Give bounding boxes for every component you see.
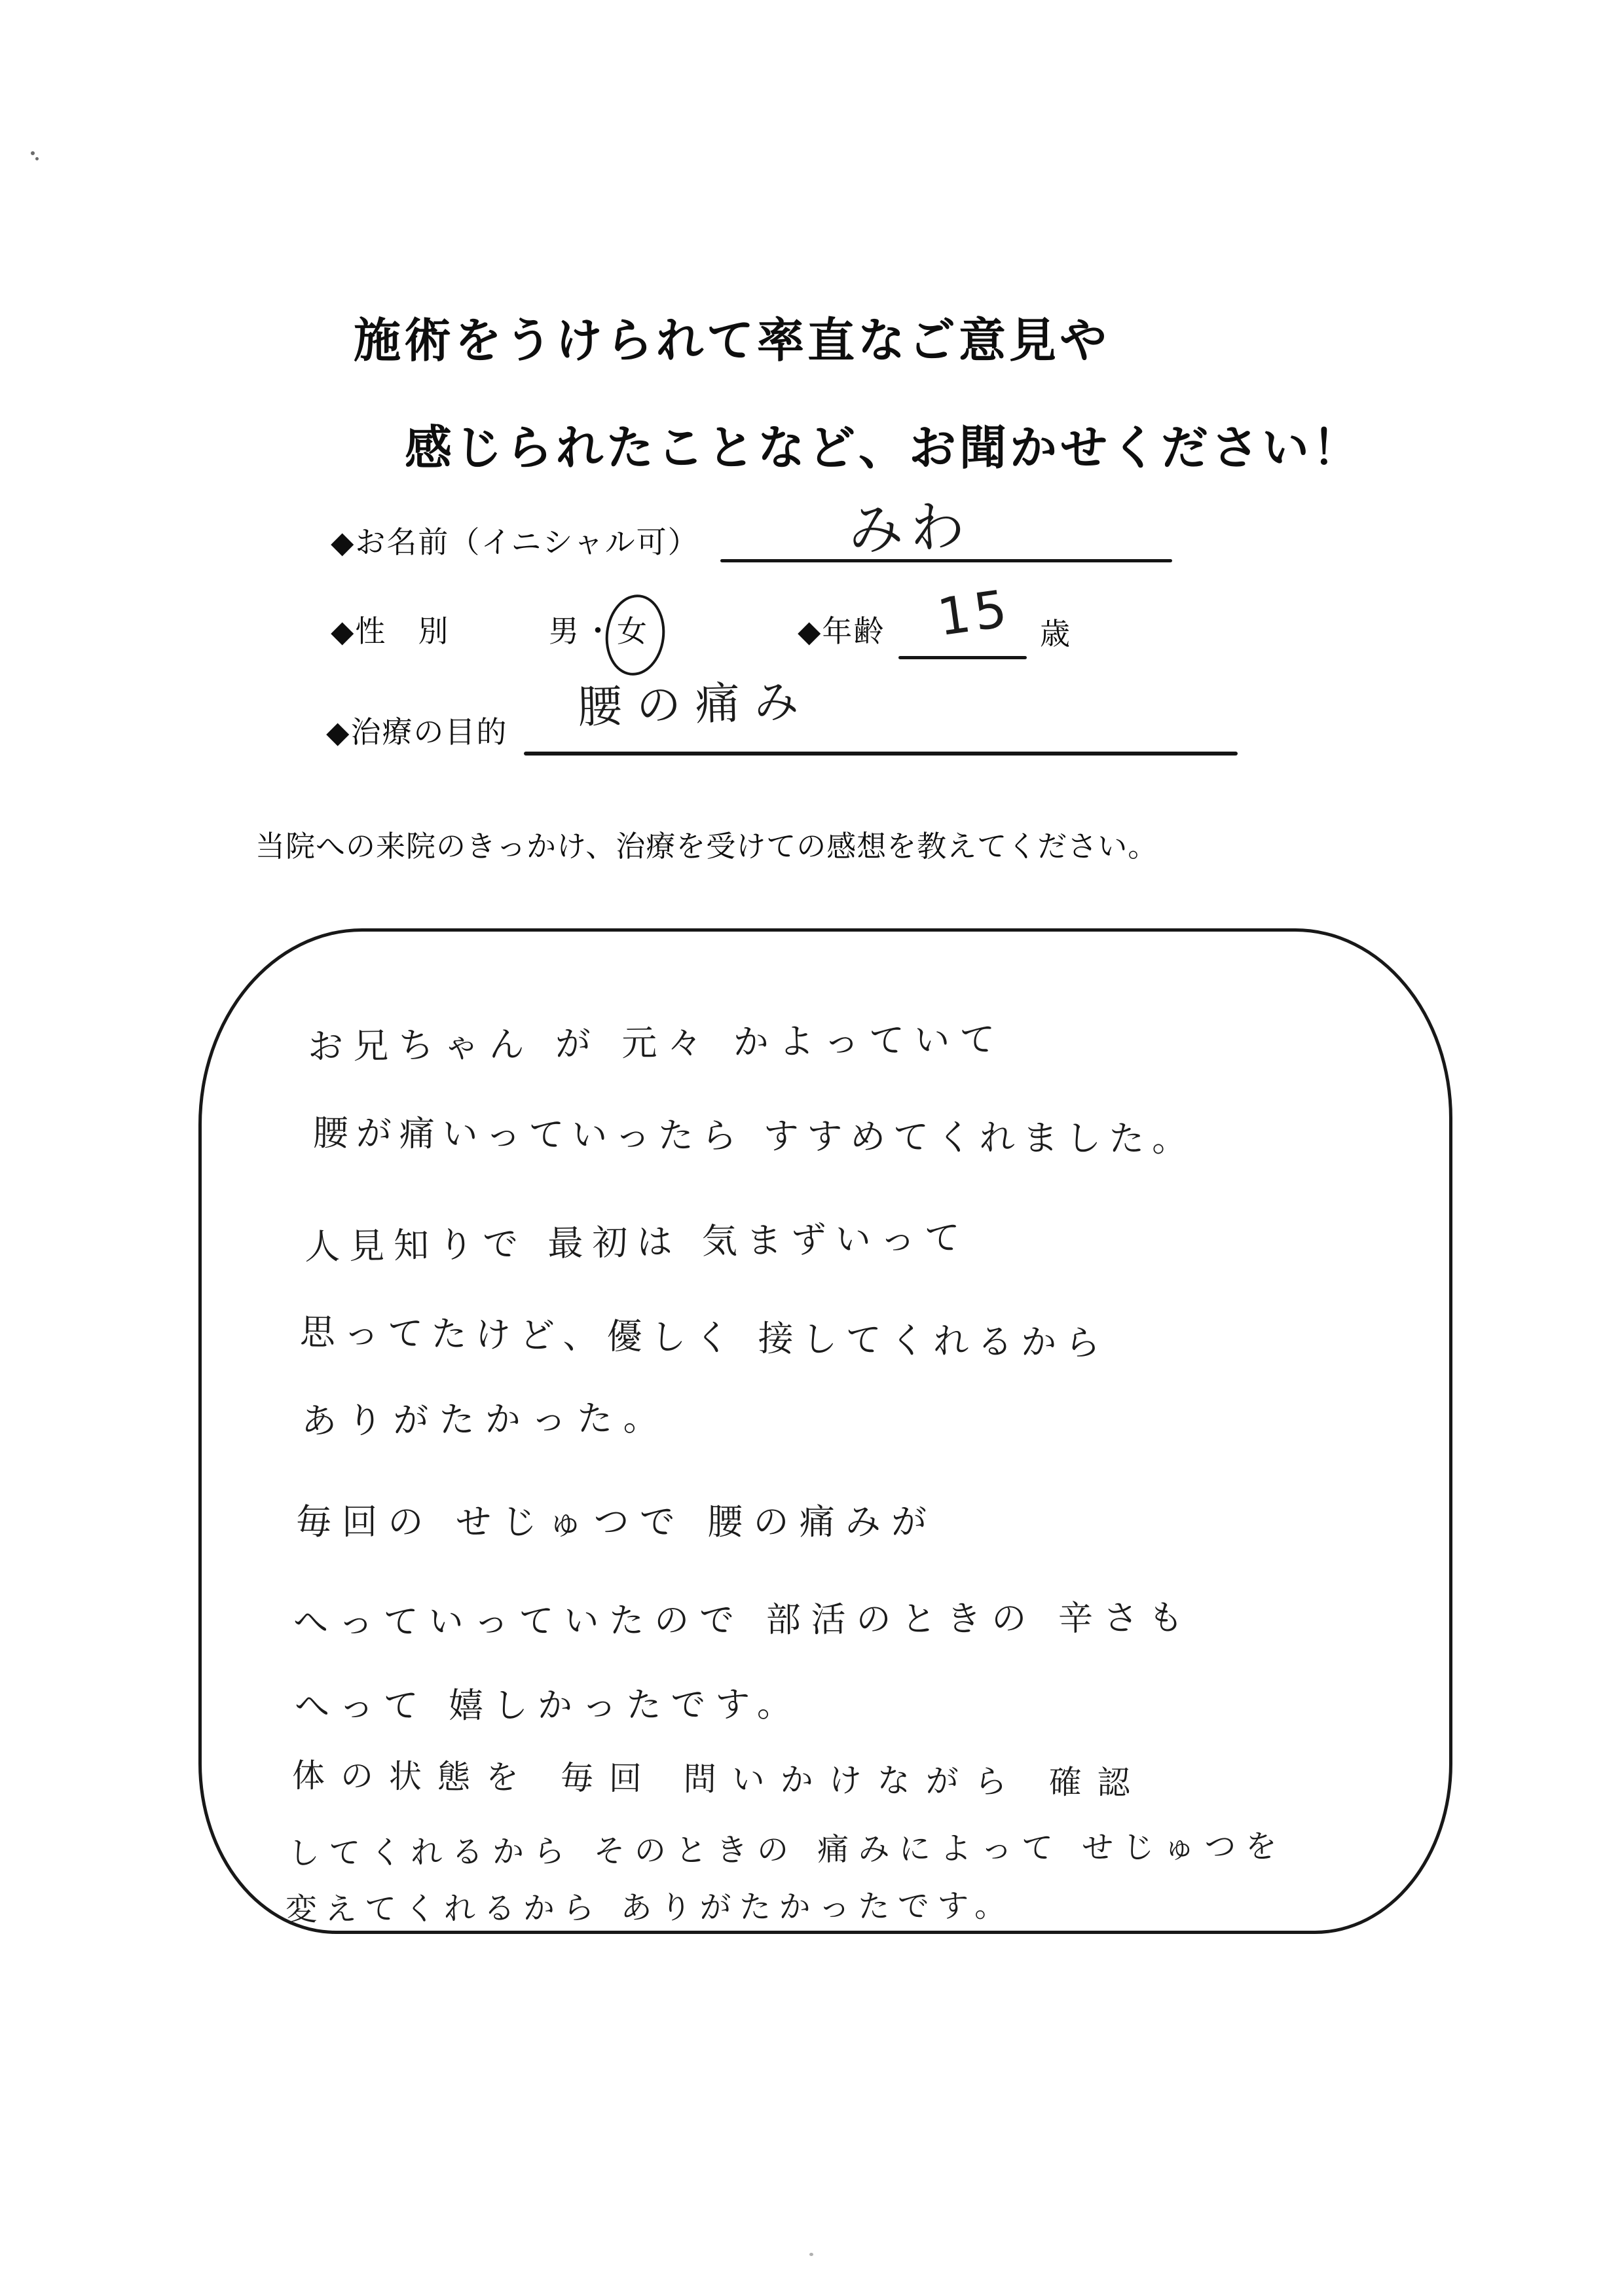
name-underline [720, 559, 1172, 562]
feedback-line: 変えてくれるから ありがたかったです。 [286, 1880, 1014, 1929]
age-underline [898, 656, 1027, 659]
female-circle-mark [601, 591, 669, 679]
gender-field-label: ◆性 別 [331, 608, 449, 651]
gender-option-male: 男 [549, 615, 583, 648]
gender-option-female: 女 [617, 608, 651, 651]
age-field-value: 15 [934, 579, 1014, 648]
page-title-line2: 感じられたことなど、お聞かせください！ [405, 410, 1363, 478]
purpose-field-label: ◆治療の目的 [326, 708, 507, 752]
age-unit-label: 歳 [1040, 610, 1071, 653]
feedback-line: 腰が痛いっていったら すすめてくれました。 [313, 1105, 1196, 1161]
name-field-label: ◆お名前（イニシャル可） [331, 519, 699, 562]
feedback-line: お兄ちゃん が 元々 かよっていて [308, 1011, 1005, 1069]
feedback-line: ありがたかった。 [301, 1390, 669, 1444]
feedback-line: へって 嬉しかったです。 [295, 1677, 802, 1728]
scan-speck [31, 151, 35, 155]
scan-speck [35, 157, 39, 160]
questionnaire-page: { "header": { "title_line1": "施術をうけられて率直… [0, 0, 1624, 2296]
feedback-line: 人見知りで 最初は 気まずいって [304, 1210, 969, 1269]
gender-options: 男・女 [549, 608, 651, 651]
purpose-field-value: 腰の痛み [577, 666, 813, 735]
page-title-line1: 施術をうけられて率直なご意見や [354, 302, 1110, 371]
age-field-label: ◆年齢 [798, 608, 885, 651]
feedback-line: へっていっていたので 部活のときの 辛さも [293, 1590, 1194, 1645]
feedback-prompt: 当院への来院のきっかけ、治療を受けての感想を教えてください。 [255, 822, 1158, 865]
feedback-line: 体の状態を 毎回 問いかけながら 確認 [292, 1749, 1146, 1804]
name-field-value: みわ [847, 483, 972, 566]
feedback-line: 毎回の せじゅつで 腰の痛みが [296, 1494, 937, 1544]
purpose-underline [524, 752, 1238, 756]
scan-speck [809, 2253, 813, 2256]
feedback-line: してくれるから そのときの 痛みによって せじゅつを [288, 1821, 1287, 1873]
